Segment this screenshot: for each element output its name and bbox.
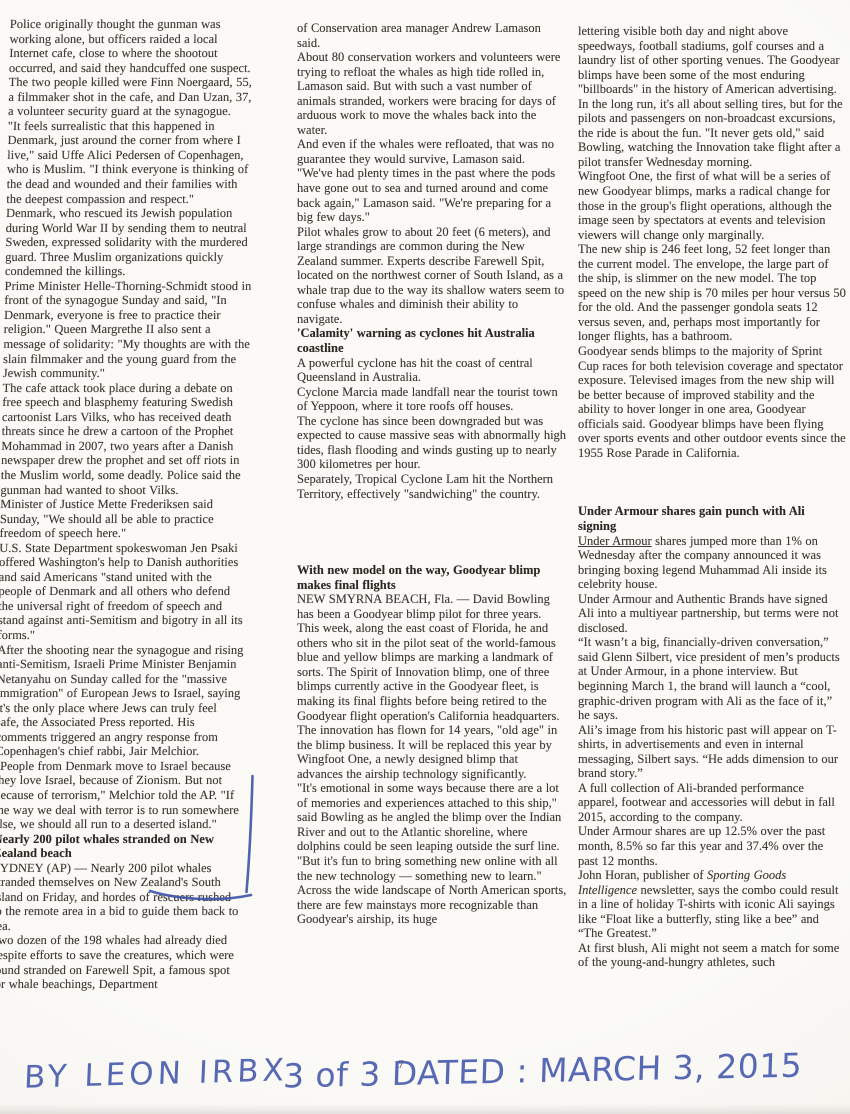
article-paragraph: Police originally thought the gunman was… [9, 17, 257, 75]
article-paragraph: This week, along the east coast of Flori… [297, 621, 567, 723]
text-run: Nearly 200 pilot whales stranded on New … [0, 832, 214, 861]
article-paragraph: Wingfoot One, the first of what will be … [578, 169, 846, 242]
text-run: The innovation has flown for 14 years, "… [297, 723, 557, 781]
column-gap [297, 501, 567, 563]
text-run: "It feels surrealistic that this happene… [6, 119, 248, 206]
text-run: 'Calamity' warning as cyclones hit Austr… [297, 326, 535, 355]
article-paragraph: Cyclone Marcia made landfall near the to… [297, 385, 567, 414]
text-run: Wingfoot One, the first of what will be … [578, 169, 832, 241]
article-heading: With new model on the way, Goodyear blim… [297, 563, 567, 592]
text-run: A powerful cyclone has hit the coast of … [297, 356, 533, 385]
text-run: Under Armour [578, 534, 652, 548]
text-run: Pilot whales grow to about 20 feet (6 me… [297, 225, 564, 326]
text-run: Two dozen of the 198 whales had already … [0, 933, 234, 991]
text-run: At first blush, Ali might not seem a mat… [578, 941, 839, 970]
article-paragraph: SYDNEY (AP) — Nearly 200 pilot whales st… [0, 861, 240, 934]
text-run: Under Armour and Authentic Brands have s… [578, 592, 838, 635]
article-paragraph: "People from Denmark move to Israel beca… [0, 759, 242, 832]
article-paragraph: Pilot whales grow to about 20 feet (6 me… [297, 225, 567, 327]
article-paragraph: At first blush, Ali might not seem a mat… [578, 941, 846, 970]
text-run: Across the wide landscape of North Ameri… [297, 883, 566, 926]
article-paragraph: Across the wide landscape of North Ameri… [297, 883, 567, 927]
article-paragraph: The two people killed were Finn Noergaar… [8, 75, 256, 119]
article-paragraph: Goodyear sends blimps to the majority of… [578, 344, 846, 460]
article-paragraph: Under Armour shares are up 12.5% over th… [578, 824, 846, 868]
text-run: Goodyear sends blimps to the majority of… [578, 344, 846, 460]
text-run: Under Armour shares gain punch with Ali … [578, 504, 805, 533]
column-gap [578, 460, 846, 504]
article-heading: Nearly 200 pilot whales stranded on New … [0, 832, 241, 861]
text-run: lettering visible both day and night abo… [578, 24, 840, 96]
text-run: Separately, Tropical Cyclone Lam hit the… [297, 472, 553, 501]
article-paragraph: Denmark, who rescued its Jewish populati… [5, 206, 253, 279]
text-run: With new model on the way, Goodyear blim… [297, 563, 540, 592]
article-paragraph: lettering visible both day and night abo… [578, 24, 846, 97]
text-run: About 80 conservation workers and volunt… [297, 50, 560, 137]
text-run: After the shooting near the synagogue an… [0, 643, 244, 759]
article-paragraph: Minister of Justice Mette Frederiksen sa… [0, 497, 247, 541]
handwritten-dateline: 3 of 3 DATED : MARCH 3, 2015 [282, 1046, 802, 1096]
article-paragraph: "It feels surrealistic that this happene… [6, 119, 255, 206]
article-paragraph: After the shooting near the synagogue an… [0, 643, 244, 759]
text-run: Prime Minister Helle-Thorning-Schmidt st… [3, 279, 252, 380]
article-heading: 'Calamity' warning as cyclones hit Austr… [297, 326, 567, 355]
article-paragraph: A full collection of Ali-branded perform… [578, 781, 846, 825]
column-right: lettering visible both day and night abo… [578, 24, 846, 970]
text-run: Under Armour shares are up 12.5% over th… [578, 824, 825, 867]
text-run: SYDNEY (AP) — Nearly 200 pilot whales st… [0, 861, 239, 933]
article-paragraph: A powerful cyclone has hit the coast of … [297, 356, 567, 385]
article-paragraph: NEW SMYRNA BEACH, Fla. — David Bowling h… [297, 592, 567, 621]
article-paragraph: The new ship is 246 feet long, 52 feet l… [578, 242, 846, 344]
column-left: Police originally thought the gunman was… [0, 17, 257, 992]
article-paragraph: The cyclone has since been downgraded bu… [297, 414, 567, 472]
article-paragraph: Ali’s image from his historic past will … [578, 723, 846, 781]
article-paragraph: Under Armour and Authentic Brands have s… [578, 592, 846, 636]
text-run: In the long run, it's all about selling … [578, 97, 843, 169]
article-paragraph: About 80 conservation workers and volunt… [297, 50, 567, 137]
text-run: NEW SMYRNA BEACH, Fla. — David Bowling h… [297, 592, 550, 621]
article-paragraph: John Horan, publisher of Sporting Goods … [578, 868, 846, 941]
text-run: Police originally thought the gunman was… [9, 17, 251, 75]
text-run: And even if the whales were refloated, t… [297, 137, 554, 166]
text-run: Cyclone Marcia made landfall near the to… [297, 385, 558, 414]
article-paragraph: The cafe attack took place during a deba… [0, 381, 249, 497]
article-paragraph: U.S. State Department spokeswoman Jen Ps… [0, 541, 246, 643]
article-paragraph: of Conservation area manager Andrew Lama… [297, 21, 567, 50]
article-paragraph: Under Armour shares jumped more than 1% … [578, 534, 846, 592]
text-run: This week, along the east coast of Flori… [297, 621, 559, 722]
text-run: The cyclone has since been downgraded bu… [297, 414, 566, 472]
text-run: Ali’s image from his historic past will … [578, 723, 838, 781]
text-run: U.S. State Department spokeswoman Jen Ps… [0, 541, 243, 642]
article-paragraph: And even if the whales were refloated, t… [297, 137, 567, 166]
article-paragraph: "It's emotional in some ways because the… [297, 781, 567, 883]
article-paragraph: In the long run, it's all about selling … [578, 97, 846, 170]
text-run: "People from Denmark move to Israel beca… [0, 759, 239, 831]
article-paragraph: “It wasn’t a big, financially-driven con… [578, 635, 846, 722]
article-paragraph: "We've had plenty times in the past wher… [297, 166, 567, 224]
text-run: Denmark, who rescued its Jewish populati… [5, 206, 248, 278]
column-middle: of Conservation area manager Andrew Lama… [297, 21, 567, 927]
handwritten-byline: BY LEON IRBX [23, 1052, 288, 1095]
article-paragraph: Two dozen of the 198 whales had already … [0, 933, 239, 991]
text-run: Minister of Justice Mette Frederiksen sa… [0, 497, 214, 540]
article-paragraph: The innovation has flown for 14 years, "… [297, 723, 567, 781]
text-run: “It wasn’t a big, financially-driven con… [578, 635, 840, 722]
text-run: The cafe attack took place during a deba… [0, 381, 240, 497]
text-run: "It's emotional in some ways because the… [297, 781, 561, 882]
text-run: The two people killed were Finn Noergaar… [8, 75, 252, 118]
article-paragraph: Prime Minister Helle-Thorning-Schmidt st… [3, 279, 252, 381]
scanned-newspaper-page: Police originally thought the gunman was… [0, 0, 850, 1114]
text-run: John Horan, publisher of [578, 868, 707, 882]
article-heading: Under Armour shares gain punch with Ali … [578, 504, 846, 533]
text-run: "We've had plenty times in the past wher… [297, 166, 555, 224]
article-paragraph: Separately, Tropical Cyclone Lam hit the… [297, 472, 567, 501]
text-run: The new ship is 246 feet long, 52 feet l… [578, 242, 846, 343]
text-run: A full collection of Ali-branded perform… [578, 781, 835, 824]
text-run: of Conservation area manager Andrew Lama… [297, 21, 541, 50]
